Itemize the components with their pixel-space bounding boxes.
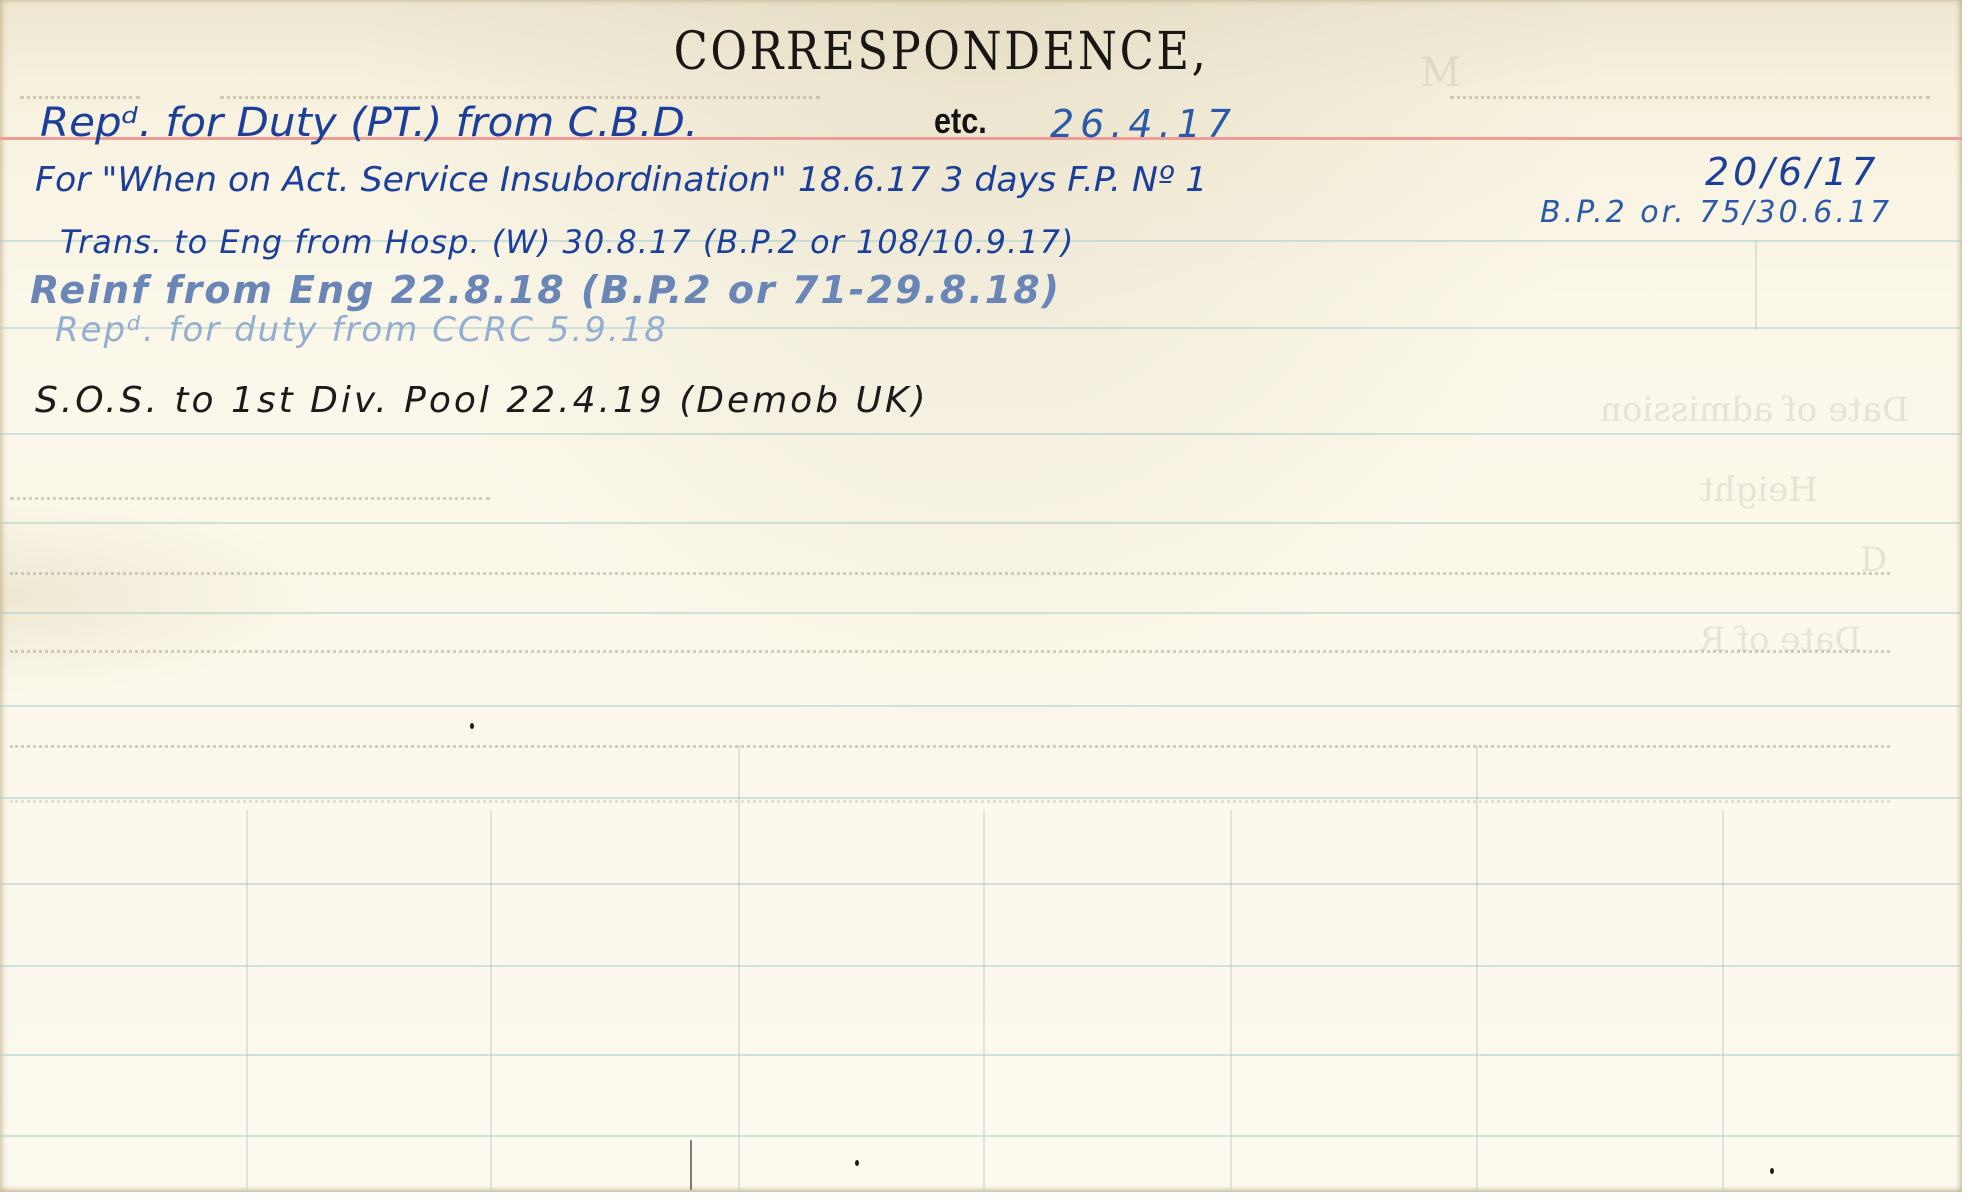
entry-struck-off-strength-demob: S.O.S. to 1st Div. Pool 22.4.19 (Demob U… — [35, 380, 929, 421]
entry-reported-for-duty-cbd: Repᵈ. for Duty (PT.) from C.B.D. — [40, 100, 698, 146]
card-title: CORRESPONDENCE, — [640, 22, 1242, 82]
entry-reinforcement-from-england: Reinf from Eng 22.8.18 (B.P.2 or 71-29.8… — [30, 268, 1061, 312]
dotted-leader — [1450, 96, 1930, 99]
ruled-line — [0, 797, 1962, 799]
column-rule — [490, 810, 492, 1190]
column-rule — [1476, 745, 1478, 1190]
entry-reported-for-duty-ccrc: Repᵈ. for duty from CCRC 5.9.18 — [55, 310, 668, 350]
ruled-line — [0, 705, 1962, 707]
printed-etc: etc. — [934, 100, 987, 142]
entry-text: For "When on Act. Service Insubordinatio… — [35, 160, 1207, 200]
column-rule — [738, 745, 740, 1190]
column-rule — [1722, 810, 1724, 1190]
entry-date: 20/6/17 — [1705, 150, 1880, 194]
entry-text: Repᵈ. for Duty (PT.) from C.B.D. — [40, 100, 698, 146]
ink-speck — [690, 1140, 692, 1190]
bleed-through-text: D — [1860, 540, 1887, 580]
column-rule — [983, 810, 985, 1190]
ruled-line — [0, 1135, 1962, 1137]
bleed-through-text: M — [1420, 50, 1461, 96]
ruled-line — [0, 612, 1962, 614]
dotted-leader — [10, 572, 1890, 575]
ruled-line — [0, 522, 1962, 524]
dotted-leader — [220, 96, 820, 99]
entry-date: 26.4.17 — [1050, 102, 1237, 146]
column-rule — [1230, 810, 1232, 1190]
column-rule — [246, 810, 248, 1190]
dotted-leader — [10, 745, 1890, 748]
entry-transferred-to-england: Trans. to Eng from Hosp. (W) 30.8.17 (B.… — [60, 223, 1074, 261]
dotted-leader — [10, 800, 1890, 803]
ruled-line — [0, 1054, 1962, 1056]
bleed-through-text: Date of admission — [1600, 390, 1909, 430]
entry-insubordination: For "When on Act. Service Insubordinatio… — [35, 160, 1207, 200]
dotted-leader — [10, 497, 490, 500]
ruled-line — [0, 433, 1962, 435]
dotted-leader — [20, 96, 140, 99]
entry-bp-reference: B.P.2 or. 75/30.6.17 — [1540, 195, 1892, 230]
dotted-leader — [10, 650, 1890, 653]
ink-speck — [470, 723, 474, 729]
ruled-line — [0, 883, 1962, 885]
ink-speck — [1770, 1168, 1774, 1174]
bleed-through-text: Date of R — [1700, 620, 1862, 660]
correspondence-record-card: CORRESPONDENCE, M Date of admission Heig… — [0, 0, 1962, 1192]
ruled-line — [0, 965, 1962, 967]
bleed-through-text: Height — [1700, 470, 1818, 510]
column-rule — [1755, 240, 1757, 330]
ink-speck — [855, 1160, 859, 1166]
